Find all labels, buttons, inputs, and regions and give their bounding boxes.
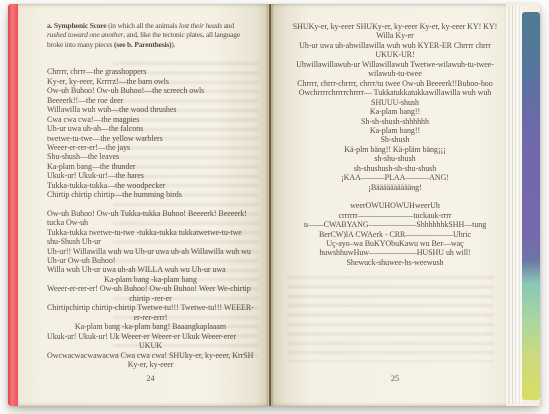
score-line: shu-Shush Uh-ur — [47, 237, 254, 246]
score-line: u——CWABYANG——————ShhhhhhkSHH—tung — [290, 220, 500, 229]
colored-fore-edge — [522, 12, 540, 400]
score-line: huwshhuwHuw——————HUSHU uh will! — [290, 248, 500, 257]
open-book: a. Symphonic Score (in which all the ani… — [8, 4, 540, 406]
score-line: twetwe-tu-twe—the yellow warblers — [47, 134, 254, 143]
score-line: Ow-uh Buhoo! Ow-uh Buhoo!—the screech ow… — [47, 86, 254, 95]
score-line: Shewuck-shuwee-hs-weewush — [290, 258, 500, 267]
score-line: Beeeerk!!—the roe deer — [47, 96, 254, 105]
score-line: Tukka-tukka twetwe-tu-twe -tukka-tukka t… — [47, 228, 254, 237]
score-line: Owcwacwacwawacwa Cwa cwa cwa! SHUky-er, … — [47, 351, 254, 360]
animal-sound-list: Chrrrr, chrrr—the grasshoppersKy-er, ky-… — [47, 67, 254, 199]
score-line: Ka-plam bang—the thunder — [47, 162, 254, 171]
score-line: Tukka-tukka-tukka—the woodpecker — [47, 181, 254, 190]
left-page: a. Symphonic Score (in which all the ani… — [18, 4, 268, 406]
page-number-right: 25 — [290, 374, 500, 383]
score-line: Chirtip chirtip chirtip—the humming bird… — [47, 190, 254, 199]
score-passage-right-bottom: weerOWUHOWUHweerUhcrrrrrr———————tuckauk-… — [290, 201, 500, 267]
score-line: Kä-plm bäng!! Kä-pläm bäng¡¡¡ — [290, 145, 500, 154]
score-line: ¡KAA———PLAA———ANG! — [290, 173, 500, 182]
left-page-content: a. Symphonic Score (in which all the ani… — [47, 17, 254, 369]
score-line: SHUUU-shush — [290, 98, 500, 107]
score-line: er-rer-errr! — [47, 313, 254, 322]
score-line: ¡Bääääääääääng! — [290, 183, 500, 192]
score-line: Uh-ur!! Willawilla wuh wu Uh-ur uwa uh-a… — [47, 247, 254, 256]
score-line: Weeer-er-rer-er! Ow-uh Buhoo! Ow-uh Buho… — [47, 284, 254, 293]
score-line: Owchrrrrchrrrrchrrrr— Tukkatukkatukkawil… — [290, 88, 500, 97]
score-line: Chrrrr, chrrr—the grasshoppers — [47, 67, 254, 76]
right-page: SHUKy-er, ky-eeer SHUKy-er, ky-eeer Ky-e… — [272, 4, 506, 406]
score-line: Sh-sh-shush-shhhhhh — [290, 117, 500, 126]
heading-line: rushed toward one another, and, like the… — [47, 30, 254, 39]
score-line: Willa Ky-er — [290, 31, 500, 40]
score-line: Weeer-er-rer-er!—the jays — [47, 143, 254, 152]
score-line: Ky-er, ky-eeer, Krrrrz!—the barn owls — [47, 77, 254, 86]
heading-line: a. Symphonic Score (in which all the ani… — [47, 21, 254, 30]
score-line: Ukuk-ur! Ukuk-ur!—the hares — [47, 171, 254, 180]
score-line: Ka-plam bang!! — [290, 107, 500, 116]
score-line: tucka Ow-uh — [47, 218, 254, 227]
score-passage-right-top: SHUKy-er, ky-eeer SHUKy-er, ky-eeer Ky-e… — [290, 22, 500, 192]
score-line: Shu-shush—the leaves — [47, 152, 254, 161]
score-line: Ka-plam bang -ka-plam bang — [47, 275, 254, 284]
page-number-left: 24 — [47, 374, 254, 383]
score-line: SHUKy-er, ky-eeer SHUKy-er, ky-eeer Ky-e… — [290, 22, 500, 31]
score-line: BerCW)lA CWAerk - CRR——————Uhric — [290, 230, 500, 239]
score-line: Uh-ur uwa uh-ahwillawilla wuh wuh KYER-E… — [290, 41, 500, 50]
score-line: chirtip -rer-er — [47, 294, 254, 303]
gutter — [266, 4, 274, 406]
score-line: UKUK — [47, 341, 254, 350]
score-line: Cwa cwa cwa!—the magpies — [47, 115, 254, 124]
heading-line: broke into many pieces (see b. Parenthes… — [47, 40, 254, 49]
section-heading: a. Symphonic Score (in which all the ani… — [47, 21, 254, 49]
score-line: Uç-ayo–wa BuKYObuKawu wu Ber—waç — [290, 239, 500, 248]
score-passage-left: Ow-uh Buhoo! Ow-uh Tukka-tukka Buhoo! Be… — [47, 209, 254, 370]
score-line: Ow-uh Buhoo! Ow-uh Tukka-tukka Buhoo! Be… — [47, 209, 254, 218]
page-stack-edge — [506, 6, 522, 404]
score-line: Willa wuh Uh-ur uwa uh-ah WILLA wuh wu U… — [47, 265, 254, 274]
right-page-content: SHUKy-er, ky-eeer SHUKy-er, ky-eeer Ky-e… — [290, 22, 500, 267]
score-line: Uhwillawillawuh-ur Willawillawuh Twetwe-… — [290, 60, 500, 69]
score-line: Ka-plam bang -ka-plam bang! Baaangkaplaa… — [47, 322, 254, 331]
score-line: sh-shu-shush — [290, 154, 500, 163]
score-line: Chrrrr, chrrr-chrrrr, chrrr/tu twee Ow-u… — [290, 79, 500, 88]
score-line: Ukuk-ur! Ukuk-ur! Uk Weeer-er Weeer-er U… — [47, 332, 254, 341]
score-line: Sh-shush — [290, 135, 500, 144]
score-line: crrrrrr———————tuckauk-rrrr — [290, 211, 500, 220]
score-line: Uh-ur Ow-uh Buhoo! — [47, 256, 254, 265]
score-line: Uh-ur uwa uh-ah—the falcons — [47, 124, 254, 133]
score-line: wilawuh-tu-twee — [290, 69, 500, 78]
score-line: Willawilla wuh wuh—the wood thrushes — [47, 105, 254, 114]
score-line: Ky-er, ky-eeer — [47, 360, 254, 369]
score-line: weerOWUHOWUHweerUh — [290, 201, 500, 210]
score-line: Ka-plam bang!! — [290, 126, 500, 135]
score-line: sh-shushush-sh-shu-shush — [290, 164, 500, 173]
red-cover-edge — [8, 4, 18, 406]
show-through-right — [288, 276, 494, 362]
score-line: Chirtipchirtip chirtip-chirtip Twetwe-tu… — [47, 303, 254, 312]
score-line: UKUK-UR! — [290, 50, 500, 59]
